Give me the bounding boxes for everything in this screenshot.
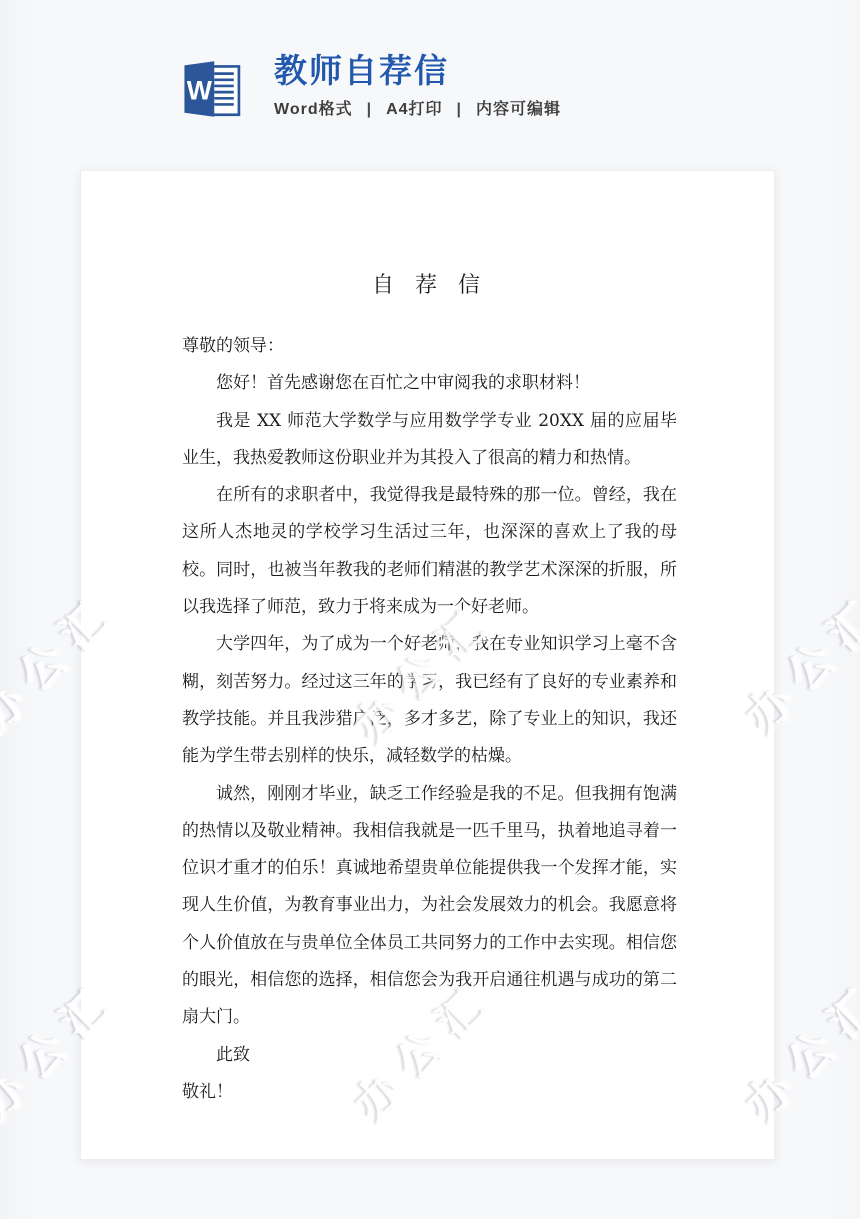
- letter-paragraph: 我是 XX 师范大学数学与应用数学学专业 20XX 届的应届毕业生，我热爱教师这…: [182, 403, 677, 478]
- word-icon-graphic: W: [168, 50, 242, 124]
- letter-paragraph: 您好！首先感谢您在百忙之中审阅我的求职材料！: [182, 365, 677, 402]
- svg-text:W: W: [187, 75, 213, 105]
- header-text: 教师自荐信 Word格式 | A4打印 | 内容可编辑: [274, 50, 561, 120]
- letter-title: 自 荐 信: [182, 271, 677, 301]
- letter-paragraph: 大学四年，为了成为一个好老师，我在专业知识学习上毫不含糊，刻苦努力。经过这三年的…: [182, 626, 677, 775]
- header: W 教师自荐信 Word格式 | A4打印 | 内容可编辑: [168, 50, 561, 124]
- letter-salute: 敬礼！: [182, 1074, 677, 1111]
- meta-word-format: Word格式: [274, 100, 353, 120]
- letter-paragraph: 在所有的求职者中，我觉得我是最特殊的那一位。曾经，我在这所人杰地灵的学校学习生活…: [182, 477, 677, 626]
- document-page: 自 荐 信 尊敬的领导： 您好！首先感谢您在百忙之中审阅我的求职材料！ 我是 X…: [80, 170, 775, 1160]
- meta-separator: |: [457, 100, 462, 120]
- meta-editable: 内容可编辑: [476, 100, 561, 120]
- page-background: W 教师自荐信 Word格式 | A4打印 | 内容可编辑 自 荐 信 尊敬的领…: [0, 0, 860, 1219]
- letter-content: 自 荐 信 尊敬的领导： 您好！首先感谢您在百忙之中审阅我的求职材料！ 我是 X…: [182, 271, 677, 1111]
- meta-a4-print: A4打印: [386, 100, 442, 120]
- word-icon: W: [168, 50, 242, 124]
- page-title: 教师自荐信: [274, 52, 561, 90]
- letter-paragraph: 诚然，刚刚才毕业，缺乏工作经验是我的不足。但我拥有饱满的热情以及敬业精神。我相信…: [182, 776, 677, 1037]
- letter-salutation: 尊敬的领导：: [182, 328, 677, 365]
- letter-closing: 此致: [182, 1037, 677, 1074]
- meta-separator: |: [367, 100, 372, 120]
- document-meta: Word格式 | A4打印 | 内容可编辑: [274, 100, 561, 120]
